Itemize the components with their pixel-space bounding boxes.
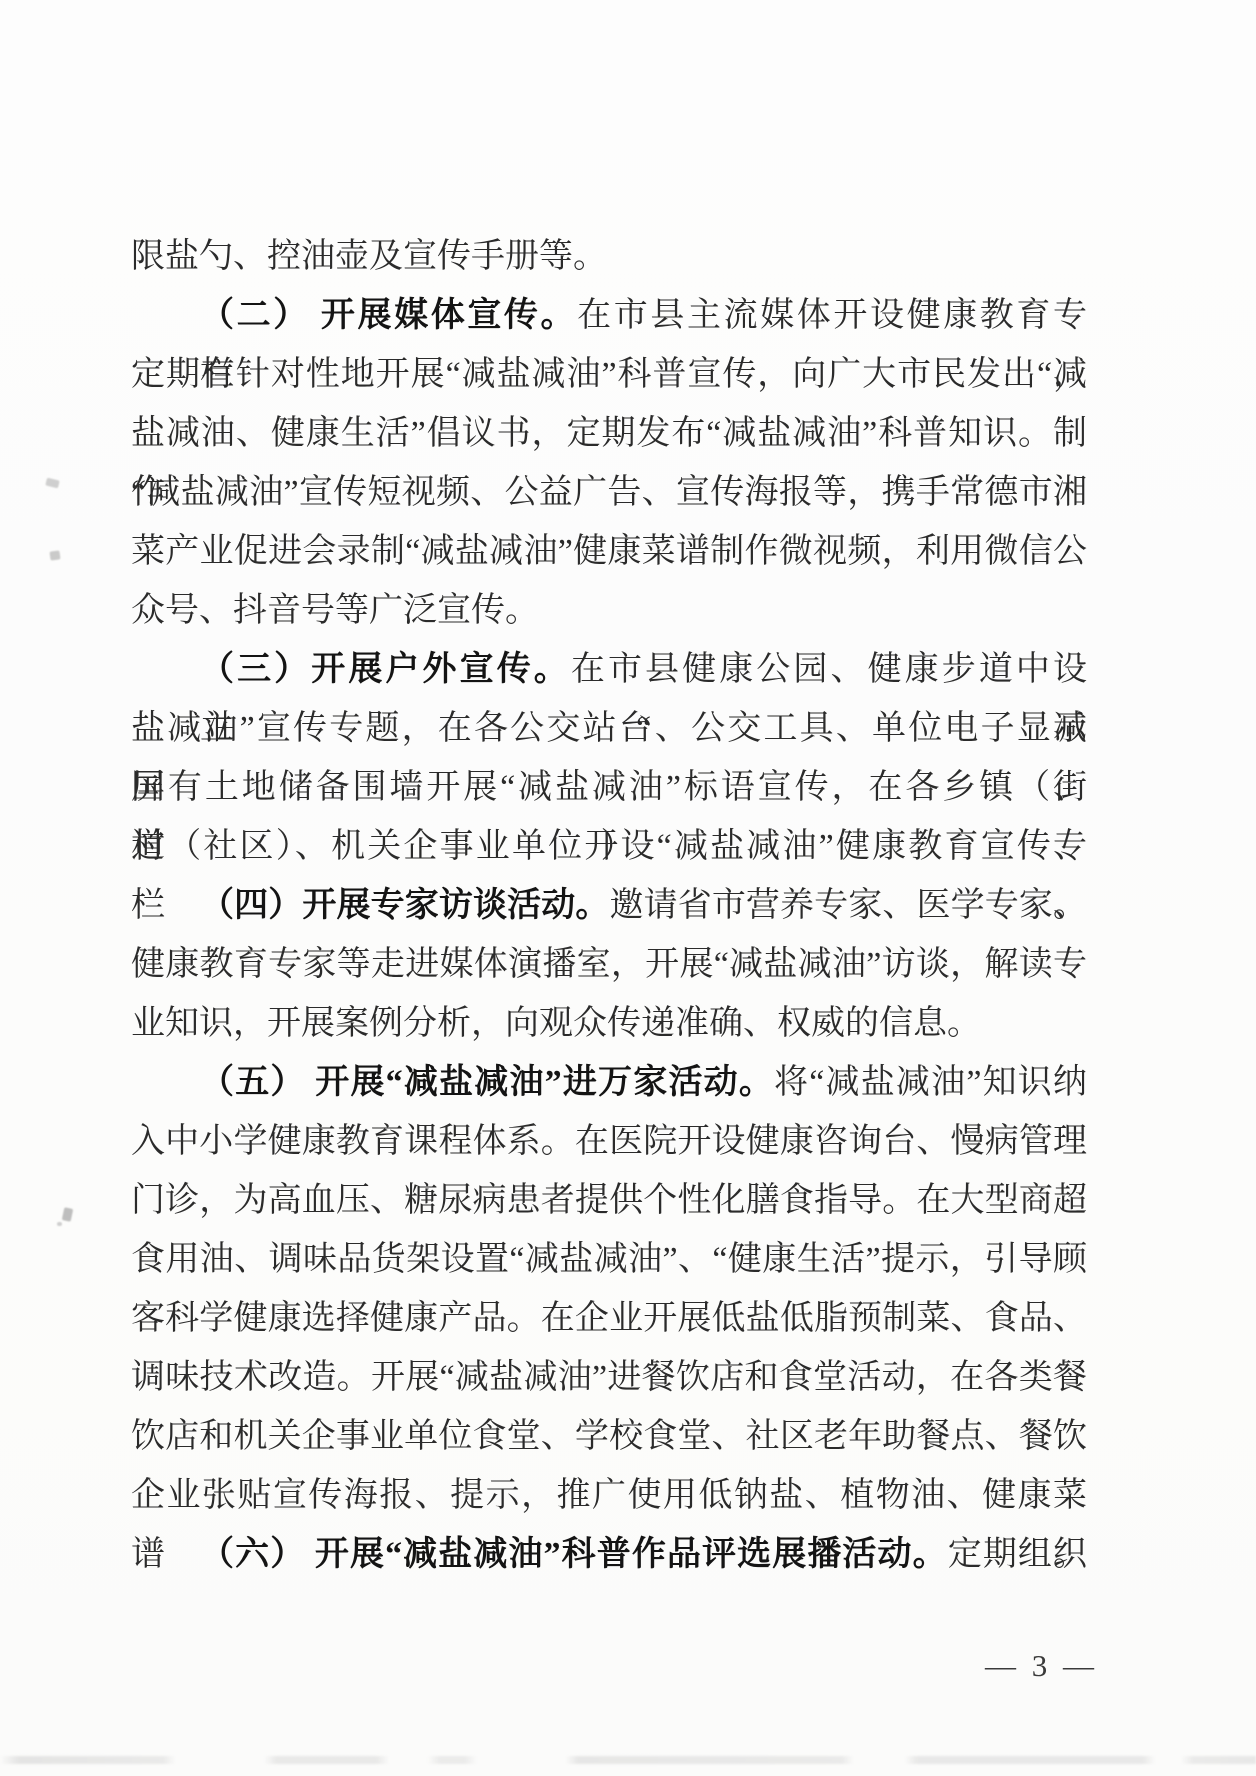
text-line: 定期有针对性地开展“减盐减油”科普宣传，向广大市民发出“减 [131, 345, 1087, 404]
text-line: 国有土地储备围墙开展“减盐减油”标语宣传，在各乡镇（街道）、 [131, 758, 1087, 817]
section-heading: （二） 开展媒体宣传。 [200, 297, 577, 334]
body-text: 饮店和机关企事业单位食堂、学校食堂、社区老年助餐点、餐饮 [131, 1418, 1087, 1455]
section-heading: （三）开展户外宣传。 [200, 651, 571, 688]
body-text: 定期组织 [948, 1536, 1087, 1573]
body-text: 邀请省市营养专家、医学专家、 [609, 887, 1087, 924]
text-line: 业知识，开展案例分析，向观众传递准确、权威的信息。 [131, 994, 1087, 1053]
body-text: 众号、抖音号等广泛宣传。 [131, 592, 539, 629]
scan-speck [45, 478, 60, 489]
text-line: （三）开展户外宣传。在市县健康公园、健康步道中设立“减 [131, 640, 1087, 699]
document-page: 限盐勺、控油壶及宣传手册等。（二） 开展媒体宣传。在市县主流媒体开设健康教育专栏… [0, 0, 1256, 1776]
body-text: 业知识，开展案例分析，向观众传递准确、权威的信息。 [131, 1005, 981, 1042]
text-line: 盐减油”宣传专题，在各公交站台、公交工具、单位电子显示屏、 [131, 699, 1087, 758]
text-line: 调味技术改造。开展“减盐减油”进餐饮店和食堂活动，在各类餐 [131, 1348, 1087, 1407]
body-text: 客科学健康选择健康产品。在企业开展低盐低脂预制菜、食品、 [131, 1300, 1087, 1337]
text-line: 限盐勺、控油壶及宣传手册等。 [131, 227, 1087, 286]
text-line: （四）开展专家访谈活动。邀请省市营养专家、医学专家、 [131, 876, 1087, 935]
text-line: 入中小学健康教育课程体系。在医院开设健康咨询台、慢病管理 [131, 1112, 1087, 1171]
text-line: 客科学健康选择健康产品。在企业开展低盐低脂预制菜、食品、 [131, 1289, 1087, 1348]
text-line: 健康教育专家等走进媒体演播室，开展“减盐减油”访谈，解读专 [131, 935, 1087, 994]
text-line: （六） 开展“减盐减油”科普作品评选展播活动。定期组织 [131, 1525, 1087, 1584]
section-heading: （四）开展专家访谈活动。 [200, 887, 609, 924]
text-line: 门诊，为高血压、糖尿病患者提供个性化膳食指导。在大型商超 [131, 1171, 1087, 1230]
section-heading: （六） 开展“减盐减油”科普作品评选展播活动。 [200, 1536, 948, 1573]
body-text: “减盐减油”宣传短视频、公益广告、宣传海报等，携手常德市湘 [131, 474, 1087, 511]
text-line: 企业张贴宣传海报、提示，推广使用低钠盐、植物油、健康菜谱。 [131, 1466, 1087, 1525]
text-line: 众号、抖音号等广泛宣传。 [131, 581, 1087, 640]
page-number: — 3 — [985, 1648, 1165, 1684]
section-heading: （五） 开展“减盐减油”进万家活动。 [200, 1064, 774, 1101]
body-text: 健康教育专家等走进媒体演播室，开展“减盐减油”访谈，解读专 [131, 946, 1087, 983]
text-line: （五） 开展“减盐减油”进万家活动。将“减盐减油”知识纳 [131, 1053, 1087, 1112]
body-text: 门诊，为高血压、糖尿病患者提供个性化膳食指导。在大型商超 [131, 1182, 1087, 1219]
document-body: 限盐勺、控油壶及宣传手册等。（二） 开展媒体宣传。在市县主流媒体开设健康教育专栏… [131, 227, 1087, 1584]
scan-speck [62, 1207, 74, 1222]
text-line: （二） 开展媒体宣传。在市县主流媒体开设健康教育专栏， [131, 286, 1087, 345]
body-text: 入中小学健康教育课程体系。在医院开设健康咨询台、慢病管理 [131, 1123, 1087, 1160]
text-line: 饮店和机关企事业单位食堂、学校食堂、社区老年助餐点、餐饮 [131, 1407, 1087, 1466]
body-text: 调味技术改造。开展“减盐减油”进餐饮店和食堂活动，在各类餐 [131, 1359, 1087, 1396]
body-text: 将“减盐减油”知识纳 [774, 1064, 1087, 1101]
body-text: 食用油、调味品货架设置“减盐减油”、“健康生活”提示，引导顾 [131, 1241, 1087, 1278]
body-text: 限盐勺、控油壶及宣传手册等。 [131, 238, 607, 275]
text-line: 盐减油、健康生活”倡议书，定期发布“减盐减油”科普知识。制作 [131, 404, 1087, 463]
scan-speck [57, 1222, 62, 1226]
scan-speck [49, 550, 60, 560]
text-line: 菜产业促进会录制“减盐减油”健康菜谱制作微视频，利用微信公 [131, 522, 1087, 581]
body-text: 菜产业促进会录制“减盐减油”健康菜谱制作微视频，利用微信公 [131, 533, 1087, 570]
text-line: 村（社区）、机关企事业单位开设“减盐减油”健康教育宣传专栏。 [131, 817, 1087, 876]
scan-artifact-band [0, 1756, 1256, 1764]
text-line: 食用油、调味品货架设置“减盐减油”、“健康生活”提示，引导顾 [131, 1230, 1087, 1289]
text-line: “减盐减油”宣传短视频、公益广告、宣传海报等，携手常德市湘 [131, 463, 1087, 522]
body-text: 定期有针对性地开展“减盐减油”科普宣传，向广大市民发出“减 [131, 356, 1087, 393]
